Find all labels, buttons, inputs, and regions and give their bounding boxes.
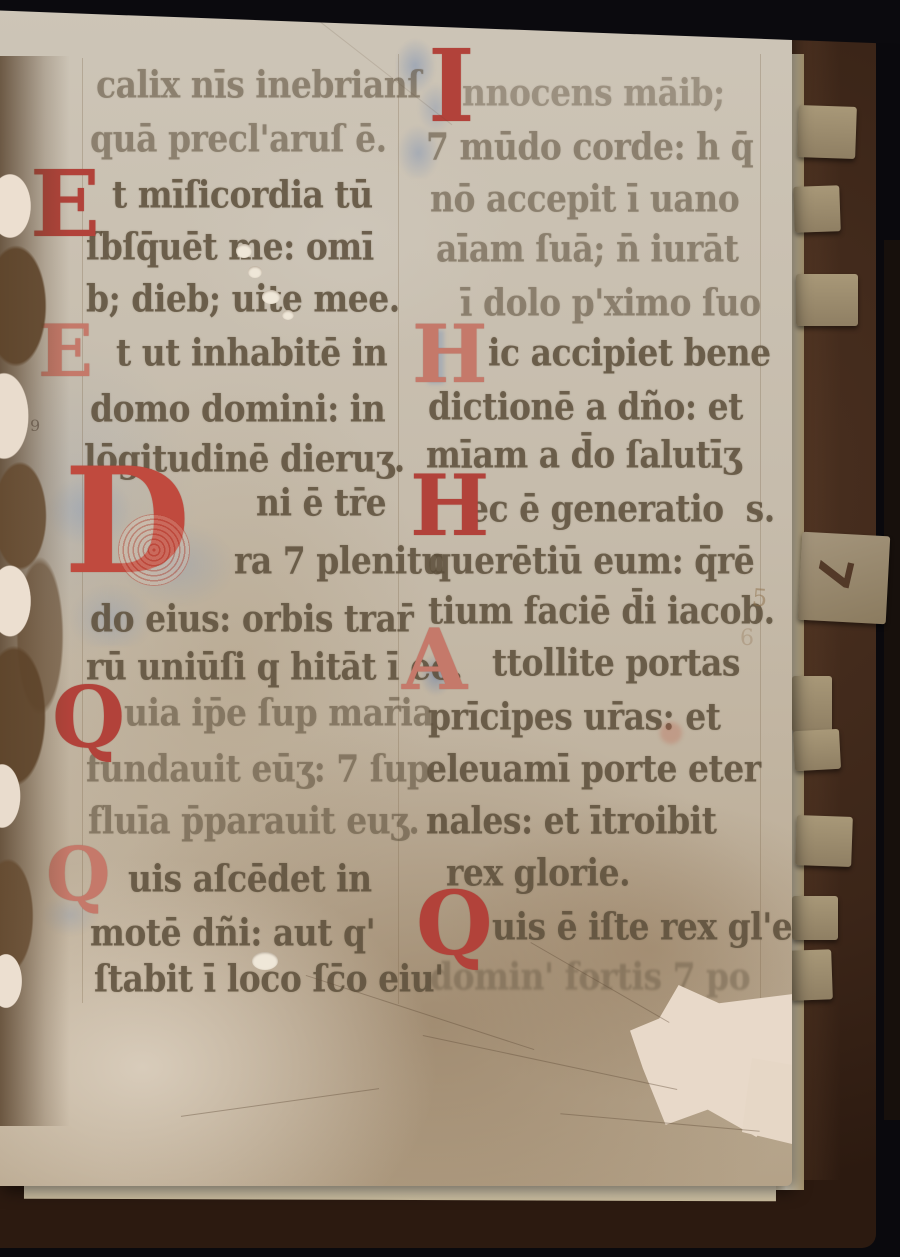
parchment-tab-large: 7 (798, 532, 890, 624)
margin-mark: 5 (751, 583, 769, 612)
parchment-hole (248, 266, 262, 278)
text-line: nales: et ītroibit (426, 802, 716, 839)
text-line: b; dieb; uite mee. (86, 280, 400, 317)
text-line: uis aſcēdet in (128, 860, 372, 897)
manuscript-page: calix nīs inebrianſ quā precl'aruſ ē. t … (0, 0, 792, 1186)
text-line: quā precl'aruſ ē. (90, 120, 387, 157)
parchment-hole (252, 952, 278, 970)
text-line: nnocens māib; (462, 74, 725, 111)
text-line: ttollite portas (492, 644, 740, 681)
ruling-line (398, 54, 399, 1004)
versal-initial-q: Q (416, 888, 493, 958)
parchment-tab (789, 949, 833, 1000)
text-line: 7 mūdo corde: h q̄ (426, 128, 753, 165)
text-line: fundauit eūʒ: 7 ſup (86, 750, 430, 787)
manuscript-photo: 7 calix nīs inebrianſ quā precl'aruſ ē. … (0, 0, 900, 1257)
parchment-crease (181, 1088, 379, 1117)
text-line: uis ē iſte rex gl'e (492, 908, 792, 945)
parchment-tab (792, 676, 832, 732)
margin-mark: 6 (740, 626, 754, 651)
text-line: motē dñi: aut q' (90, 914, 375, 951)
text-line: calix nīs inebrianſ (96, 66, 421, 103)
text-line: nō accepit ī uano (430, 180, 739, 217)
tab-mark: 7 (804, 551, 864, 594)
parchment-hole (282, 310, 294, 320)
damaged-left-edge (0, 56, 82, 1126)
text-line: ī dolo p'ximo ſuo (460, 284, 761, 321)
parchment-hole (262, 290, 280, 304)
versal-initial-h: H (410, 472, 489, 539)
parchment-tab (792, 896, 838, 940)
text-line: ic accipiet bene (488, 334, 771, 371)
text-line: domo domini: in (90, 390, 385, 427)
red-smudge (660, 722, 682, 744)
text-line: aīam ſuā; n̄ iurāt (436, 230, 738, 267)
parchment-tab (793, 729, 841, 771)
text-line: eleuamī porte eter (426, 750, 761, 787)
background-shadow (884, 240, 900, 1120)
text-line: ec ē generatio s. (468, 490, 775, 527)
parchment-tab (795, 815, 853, 867)
parchment-tab (796, 274, 858, 326)
versal-initial-i: I (428, 46, 475, 126)
text-line: fluīa p̄parauit euʒ. (88, 802, 419, 839)
parchment-tab (793, 185, 841, 233)
parchment-tab (797, 105, 857, 159)
text-line: tium faciē d̄i iacob. (428, 592, 775, 629)
text-line: t mīſicordia tū (112, 176, 373, 213)
parchment-hole (236, 244, 252, 258)
text-line: uia ip̄e ſup mar̄ia (124, 694, 433, 731)
text-line: ſbſq̄uēt me: omī (86, 228, 374, 265)
text-line: t ut inhabitē in (116, 334, 387, 371)
ornamental-initial-a: A (402, 626, 467, 693)
text-line: ni ē tr̄e (256, 484, 386, 521)
initial-d-rosette (118, 514, 190, 586)
ornamental-initial-h: H (412, 322, 488, 386)
